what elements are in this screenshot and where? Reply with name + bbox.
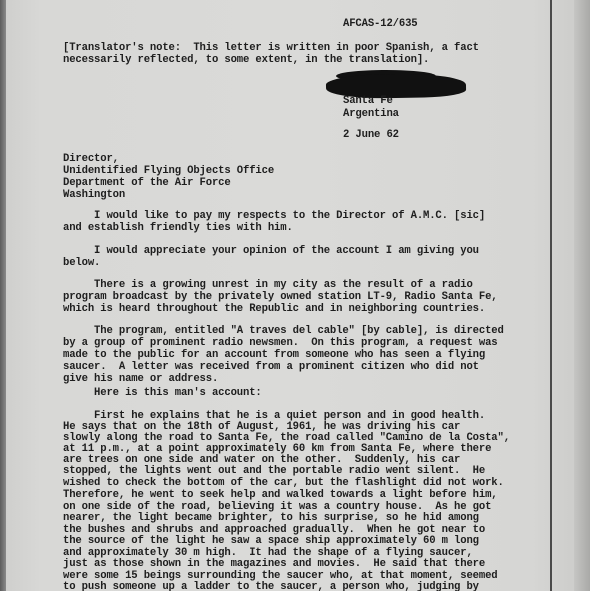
text-line: There is a growing unrest in my city as … bbox=[63, 279, 473, 291]
translator-note-line-2: necessarily reflected, to some extent, i… bbox=[63, 54, 429, 66]
addressee-line: Director, bbox=[63, 153, 119, 165]
letter-date: 2 June 62 bbox=[343, 129, 399, 141]
addressee-line: Department of the Air Force bbox=[63, 177, 231, 189]
text-line: saucer. A letter was received from a pro… bbox=[63, 361, 479, 373]
text-line: below. bbox=[63, 257, 100, 269]
text-line: and establish friendly ties with him. bbox=[63, 222, 293, 234]
text-line: give his name or address. bbox=[63, 373, 218, 385]
text-line: by a group of prominent radio newsmen. O… bbox=[63, 337, 498, 349]
sender-city: Santa Fe bbox=[343, 95, 393, 107]
text-line: just as those shown in the magazines and… bbox=[63, 558, 485, 570]
text-line: program broadcast by the privately owned… bbox=[63, 291, 498, 303]
text-line: Here is this man's account: bbox=[63, 387, 262, 399]
sender-country: Argentina bbox=[343, 108, 399, 120]
text-line: stopped, the lights went out and the por… bbox=[63, 465, 485, 477]
text-line: made to the public for an account from s… bbox=[63, 349, 485, 361]
text-line: nearer, the light became brighter, to hi… bbox=[63, 512, 479, 524]
translator-note-line-1: [Translator's note: This letter is writt… bbox=[63, 42, 479, 54]
addressee-line: Washington bbox=[63, 189, 125, 201]
reference-number: AFCAS-12/635 bbox=[343, 18, 418, 30]
text-line: which is heard throughout the Republic a… bbox=[63, 303, 485, 315]
text-line: I would like to pay my respects to the D… bbox=[63, 210, 485, 222]
text-line: the source of the light he saw a space s… bbox=[63, 535, 479, 547]
text-line: I would appreciate your opinion of the a… bbox=[63, 245, 479, 257]
text-line: Therefore, he went to seek help and walk… bbox=[63, 489, 498, 501]
text-line: The program, entitled "A traves del cabl… bbox=[63, 325, 504, 337]
letter: AFCAS-12/635 [Translator's note: This le… bbox=[0, 0, 590, 591]
addressee-line: Unidentified Flying Objects Office bbox=[63, 165, 274, 177]
text-line: wished to check the bottom of the car, b… bbox=[63, 477, 504, 489]
text-line: to push someone up a ladder to the sauce… bbox=[63, 581, 479, 591]
